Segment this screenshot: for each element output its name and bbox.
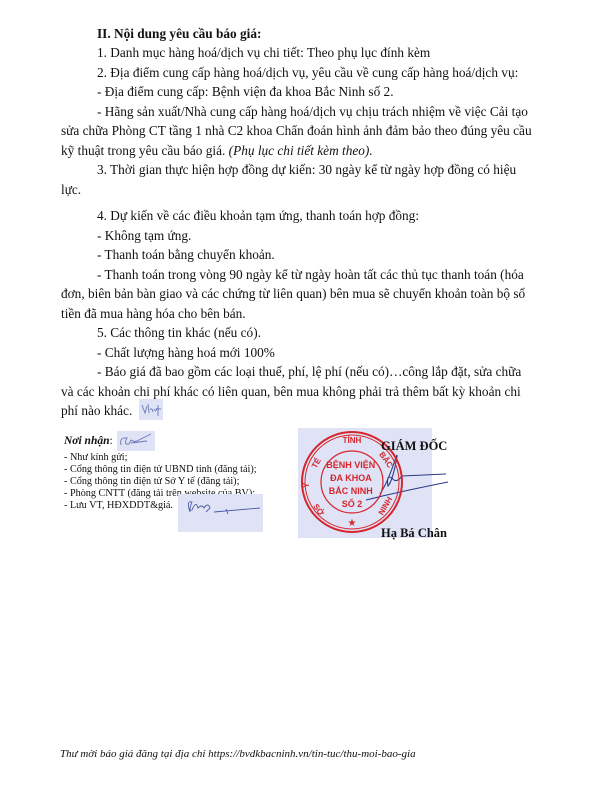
no-advance: - Không tạm ứng. [97,228,191,244]
recipient-item: - Như kính gửi; [64,452,127,464]
recipient-item: - Lưu VT, HĐXDDT&giá. [64,500,173,512]
item-5-other-info: 5. Các thông tin khác (nếu có). [97,325,261,341]
item-4-payment-terms: 4. Dự kiến về các điều khoản tạm ứng, th… [97,208,419,224]
svg-text:Y: Y [302,482,311,488]
item-3-duration: 3. Thời gian thực hiện hợp đồng dự kiến:… [97,162,516,178]
supplier-responsibility-line-3: kỹ thuật trong yêu cầu báo giá. (Phụ lục… [61,143,373,159]
item-2-delivery: 2. Địa điểm cung cấp hàng hoá/dịch vụ, y… [97,65,518,81]
bank-transfer: - Thanh toán bằng chuyển khoản. [97,247,275,263]
svg-text:TẾ: TẾ [309,456,323,470]
payment-window-line-2: đơn, biên bản bàn giao và các chứng từ l… [61,286,525,302]
stamp-inner-line: ĐA KHOA [330,473,372,483]
appendix-note: (Phụ lục chi tiết kèm theo). [229,143,373,158]
item-3-duration-cont: lực. [61,182,81,198]
delivery-location: - Địa điểm cung cấp: Bệnh viện đa khoa B… [97,84,394,100]
signature-scribble-icon [178,494,263,532]
payment-window-line-1: - Thanh toán trong vòng 90 ngày kể từ ng… [97,267,524,283]
stamp-inner-line: BỆNH VIỆN [326,459,375,470]
price-inclusion-line-2: và các khoản chi phí khác có liên quan, … [61,384,521,400]
initials-scribble-icon [139,399,163,420]
payment-window-line-3: tiền đã mua hàng hóa cho bên bán. [61,306,246,322]
stamp-inner-line: BẮC NINH [329,486,373,496]
initials-scribble-icon [117,431,155,451]
requirements-text: kỹ thuật trong yêu cầu báo giá. [61,143,225,158]
recipient-item: - Cổng thông tin điện tử Sở Y tế (đăng t… [64,476,239,488]
footer-url-note: Thư mời báo giá đăng tại địa chỉ https:/… [60,748,416,760]
price-inclusion-line-3: phí nào khác. [61,403,132,419]
director-name: Hạ Bá Chân [381,525,447,541]
quality-note: - Chất lượng hàng hoá mới 100% [97,345,275,361]
star-icon: ★ [348,518,357,529]
recipient-item: - Cổng thông tin điện tử UBND tỉnh (đăng… [64,464,257,476]
recipients-label: Nơi nhận [64,435,109,447]
section-heading: II. Nội dung yêu cầu báo giá: [97,26,261,42]
price-inclusion-line-1: - Báo giá đã bao gồm các loại thuế, phí,… [97,364,521,380]
archive-signature [178,494,263,532]
recipients-initials [117,431,155,451]
svg-text:BỆNH VIỆN ĐA KHOA BẮC: BỆNH VIỆN ĐA KHOA BẮC NINH SỐ 2 [326,459,378,509]
svg-text:TỈNH: TỈNH [343,436,362,445]
recipients-label-row: Nơi nhận: [64,436,113,448]
stamp-inner-line: SỐ 2 [342,498,363,509]
supplier-responsibility-line-2: sửa chữa Phòng CT tầng 1 nhà C2 khoa Chẩ… [61,123,532,139]
director-title: GIÁM ĐỐC [381,438,447,454]
item-1-goods-list: 1. Danh mục hàng hoá/dịch vụ chi tiết: T… [97,45,430,61]
supplier-responsibility-line-1: - Hãng sản xuất/Nhà cung cấp hàng hoá/dị… [97,104,528,120]
initials-signature [139,399,163,420]
stamp-text-top: TỈNH [343,436,362,445]
